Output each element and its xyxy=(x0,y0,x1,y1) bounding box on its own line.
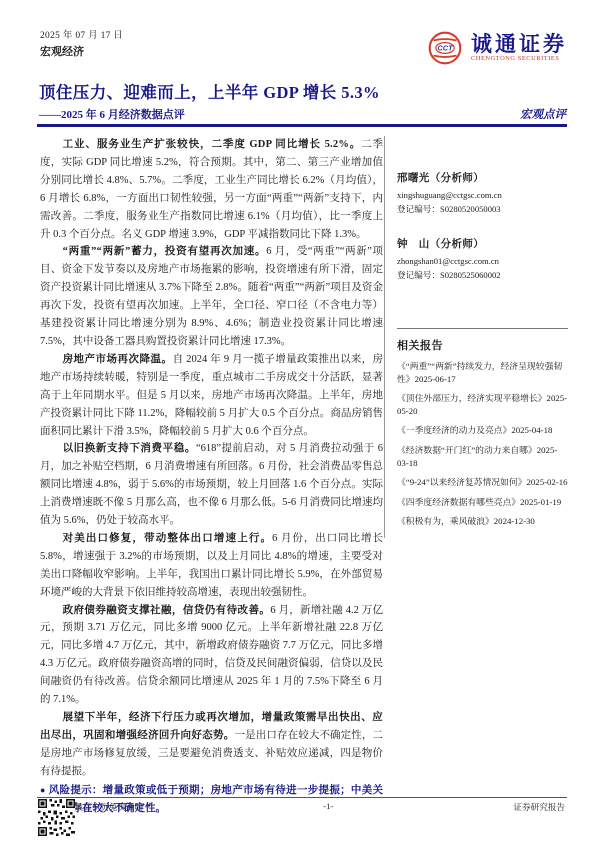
paragraph-lead: “两重”“两新”蓄力，投资有望再次加速。 xyxy=(63,246,267,257)
analyst-registration: 登记编号：S0280520050003 xyxy=(397,203,568,215)
body-paragraph: 政府债券融资支撑社融，信贷仍有待改善。6 月，新增社融 4.2 万亿元，预期 3… xyxy=(40,602,383,709)
bullet-dot-icon: ● xyxy=(40,785,46,795)
svg-text:CCT: CCT xyxy=(437,44,454,53)
report-subtitle: ——2025 年 6 月经济数据点评 xyxy=(39,106,185,122)
body-paragraph: 工业、服务业生产扩张较快，二季度 GDP 同比增长 5.2%。二季度，实际 GD… xyxy=(40,136,383,243)
brand-text: 诚通证券 CHENGTONG SECURITIES xyxy=(471,33,567,63)
related-reports-section: 相关报告 《“两重”“两新”持续发力，经济呈现较强韧性》2025-06-17 《… xyxy=(397,328,568,528)
column-divider xyxy=(384,136,385,538)
paragraph-text: 6 月，新增社融 4.2 万亿元，预期 3.71 万亿元，同比多增 9000 亿… xyxy=(40,605,383,706)
paragraph-lead: 房地产市场再次降温。 xyxy=(63,354,173,365)
page-number: -1- xyxy=(323,801,333,813)
related-report-item: 《四季度经济数据有哪些亮点》2025-01-19 xyxy=(397,496,568,509)
brand-name: 诚通证券 xyxy=(471,33,567,55)
paragraph-lead: 对美出口修复，带动整体出口增速上行。 xyxy=(63,533,273,544)
brand-logo: CCT 诚通证券 CHENGTONG SECURITIES xyxy=(426,29,567,67)
footer: 敬请参阅最后一页免责声明 -1- 证券研究报告 xyxy=(40,801,565,813)
analyst-block: 邢曙光（分析师） xingshuguang@cctgsc.com.cn 登记编号… xyxy=(397,170,568,215)
related-report-item: 《顶住外部压力，经济实现平稳增长》2025-05-20 xyxy=(397,392,568,417)
main-text-column: 工业、服务业生产扩张较快，二季度 GDP 同比增长 5.2%。二季度，实际 GD… xyxy=(40,136,383,817)
paragraph-text: 6 月，受“两重”“两新”项目、资金下发节奏以及房地产市场拖累的影响，投资增速有… xyxy=(40,246,383,347)
paragraph-lead: 政府债券融资支撑社融，信贷仍有待改善。 xyxy=(63,605,271,616)
paragraph-lead: 工业、服务业生产扩张较快，二季度 GDP 同比增长 5.2%。 xyxy=(63,139,362,150)
report-date: 2025 年 07 月 17 日 xyxy=(40,27,123,41)
body-paragraph: “两重”“两新”蓄力，投资有望再次加速。6 月，受“两重”“两新”项目、资金下发… xyxy=(40,243,383,350)
paragraph-text: 自 2024 年 9 月一揽子增量政策推出以来，房地产市场持续转暖，特别是一季度… xyxy=(40,354,383,437)
qr-code-icon xyxy=(38,799,75,836)
related-report-item: 《“9-24”以来经济复苏情况如何》2025-02-16 xyxy=(397,476,568,489)
report-category: 宏观经济 xyxy=(40,43,84,59)
footer-divider xyxy=(37,797,567,798)
paragraph-lead: 以旧换新支持下消费平稳。 xyxy=(63,443,196,454)
report-type-label: 宏观点评 xyxy=(520,106,566,122)
paragraph-text: “618”提前启动，对 5 月消费拉动强于 6 月，加之补贴空档期，6 月消费增… xyxy=(40,443,383,526)
analyst-name: 邢曙光（分析师） xyxy=(397,170,568,185)
related-report-item: 《“两重”“两新”持续发力，经济呈现较强韧性》2025-06-17 xyxy=(397,360,568,385)
header-divider xyxy=(37,124,567,127)
related-reports-heading: 相关报告 xyxy=(397,337,568,353)
analyst-email: zhongshan01@cctgsc.com.cn xyxy=(397,256,568,266)
body-paragraph: 以旧换新支持下消费平稳。“618”提前启动，对 5 月消费拉动强于 6 月，加之… xyxy=(40,440,383,530)
brand-subtitle: CHENGTONG SECURITIES xyxy=(471,55,567,63)
analyst-email: xingshuguang@cctgsc.com.cn xyxy=(397,190,568,200)
related-report-item: 《一季度经济的动力及亮点》2025-04-18 xyxy=(397,424,568,437)
research-report-page: 2025 年 07 月 17 日 宏观经济 CCT 诚通证券 CHENGTONG… xyxy=(0,0,595,841)
footer-report-label: 证券研究报告 xyxy=(513,801,565,813)
page-title: 顶住压力、迎难而上，上半年 GDP 增长 5.3% xyxy=(39,79,565,103)
subtitle-row: ——2025 年 6 月经济数据点评 宏观点评 xyxy=(39,106,566,122)
related-report-item: 《经济数据“开门红”的动力来自哪》2025-03-18 xyxy=(397,444,568,469)
sidebar: 邢曙光（分析师） xingshuguang@cctgsc.com.cn 登记编号… xyxy=(397,136,568,535)
cct-globe-logo-icon: CCT xyxy=(426,29,464,67)
body-paragraph: 房地产市场再次降温。自 2024 年 9 月一揽子增量政策推出以来，房地产市场持… xyxy=(40,351,383,441)
analyst-block: 钟 山（分析师） zhongshan01@cctgsc.com.cn 登记编号：… xyxy=(397,236,568,281)
body-paragraph: 展望下半年，经济下行压力或再次增加，增量政策需早出快出、应出尽出，巩固和增强经济… xyxy=(40,709,383,781)
analyst-name: 钟 山（分析师） xyxy=(397,236,568,251)
analyst-registration: 登记编号：S0280525060002 xyxy=(397,269,568,281)
paragraph-text: 二季度，实际 GDP 同比增速 5.2%，符合预期。其中，第二、第三产业增加值分… xyxy=(40,139,383,240)
related-report-item: 《积极有为，乘风破浪》2024-12-30 xyxy=(397,515,568,528)
body-paragraph: 对美出口修复，带动整体出口增速上行。6 月份，出口同比增长 5.8%，增速强于 … xyxy=(40,530,383,602)
